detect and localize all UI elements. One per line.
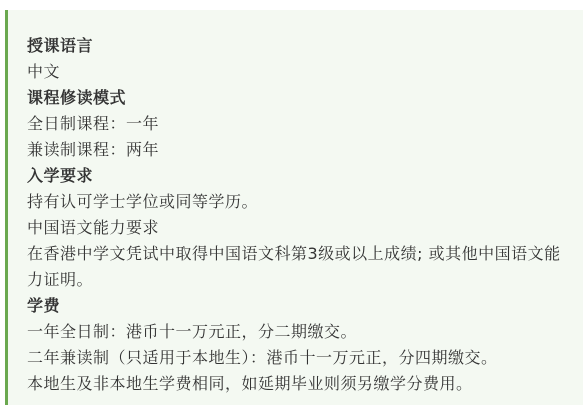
heading-admission-requirements: 入学要求	[27, 163, 571, 189]
value-parttime-duration: 兼读制课程：两年	[27, 137, 571, 163]
value-fulltime-duration: 全日制课程：一年	[27, 111, 571, 137]
heading-tuition-fee: 学费	[27, 293, 571, 319]
subheading-chinese-proficiency: 中国语文能力要求	[27, 215, 571, 241]
heading-teaching-language: 授课语言	[27, 33, 571, 59]
value-parttime-fee: 二年兼读制（只适用于本地生）：港币十一万元正，分四期缴交。	[27, 345, 571, 371]
value-chinese-proficiency-detail: 在香港中学文凭试中取得中国语文科第3级或以上成绩; 或其他中国语文能力证明。	[27, 241, 571, 293]
value-fulltime-fee: 一年全日制：港币十一万元正，分二期缴交。	[27, 319, 571, 345]
heading-study-mode: 课程修读模式	[27, 85, 571, 111]
value-degree-requirement: 持有认可学士学位或同等学历。	[27, 189, 571, 215]
value-fee-note: 本地生及非本地生学费相同，如延期毕业则须另缴学分费用。	[27, 371, 571, 397]
value-teaching-language: 中文	[27, 59, 571, 85]
course-info-panel: 授课语言 中文 课程修读模式 全日制课程：一年 兼读制课程：两年 入学要求 持有…	[5, 10, 583, 405]
